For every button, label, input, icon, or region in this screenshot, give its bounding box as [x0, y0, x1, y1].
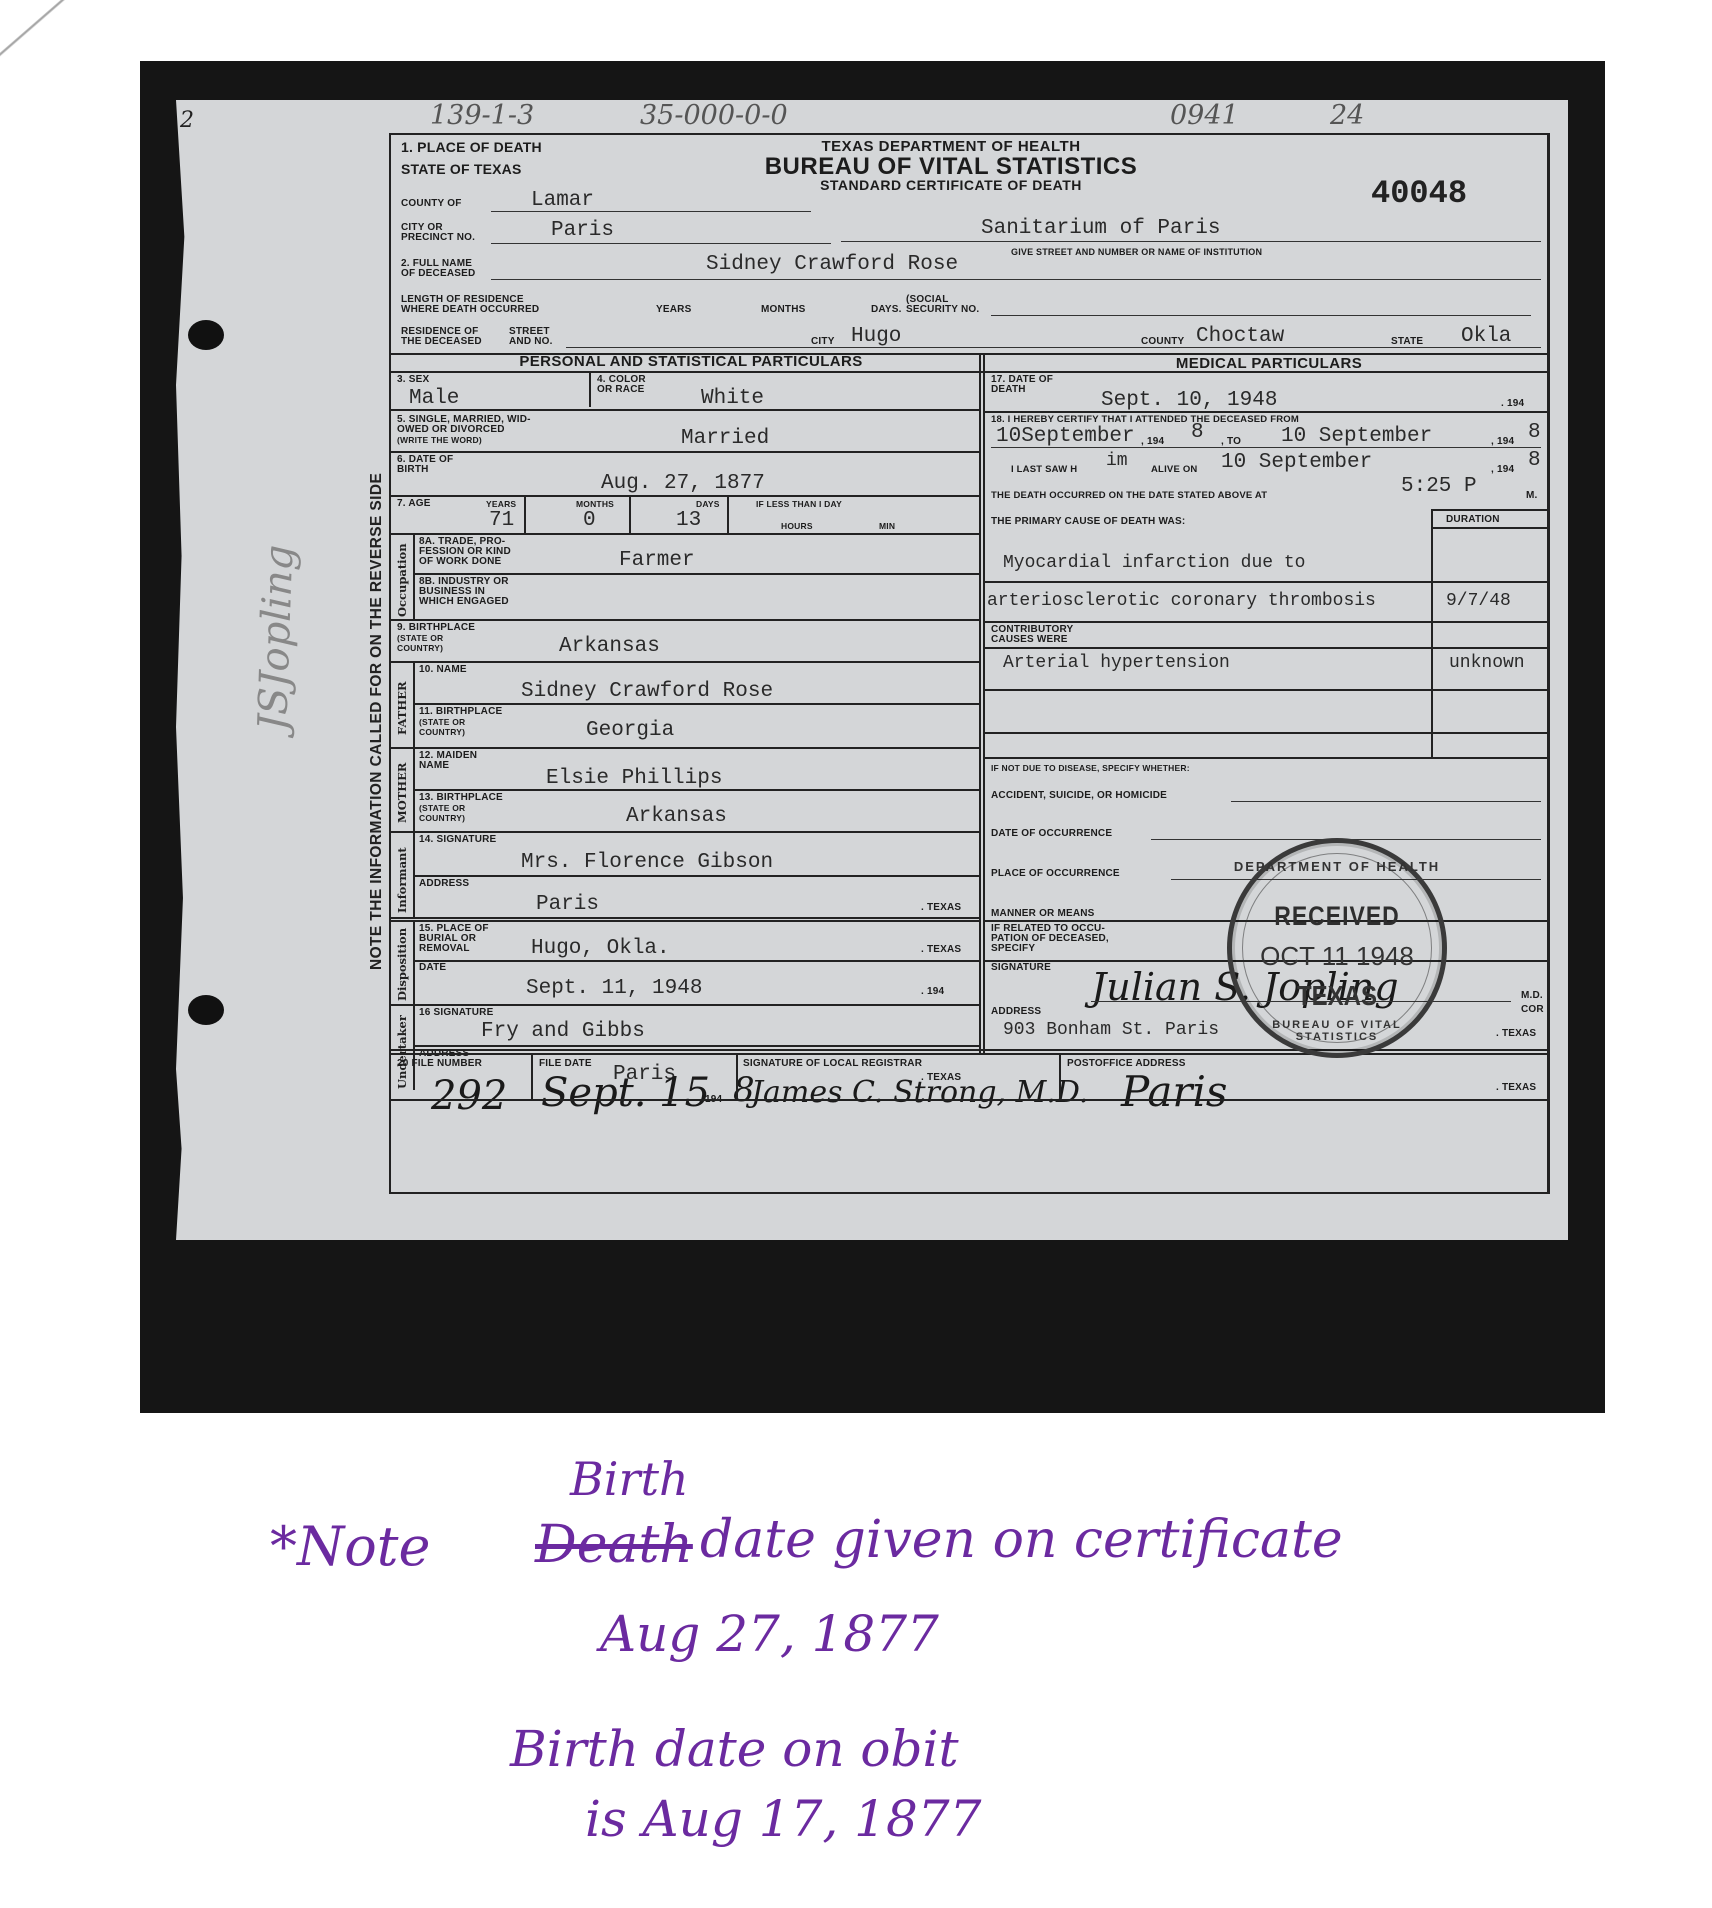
note-inserted-word: Birth — [570, 1452, 689, 1506]
corner-page-number: 2 — [180, 108, 194, 133]
dob-label-2: BIRTH — [397, 465, 429, 475]
informant-signature-label: 14. SIGNATURE — [419, 835, 496, 845]
months-label: MONTHS — [761, 305, 806, 315]
birthplace-label-3: COUNTRY) — [397, 643, 443, 653]
death-time-suffix: M. — [1526, 491, 1538, 501]
handwritten-ref-2: 35-000-0-0 — [640, 100, 788, 131]
not-disease-label: IF NOT DUE TO DISEASE, SPECIFY WHETHER: — [991, 763, 1190, 773]
death-certificate: 1. PLACE OF DEATH STATE OF TEXAS TEXAS D… — [389, 133, 1550, 1194]
file-number: 292 — [431, 1073, 507, 1119]
informant-name: Mrs. Florence Gibson — [521, 851, 773, 874]
file-number-label: 20 FILE NUMBER — [397, 1059, 482, 1069]
cause-1: Myocardial infarction due to — [1003, 553, 1305, 573]
age-months-label: MONTHS — [576, 499, 614, 509]
dob-value: Aug. 27, 1877 — [601, 472, 765, 495]
residence-state-label: STATE — [1391, 337, 1423, 347]
date-of-death: Sept. 10, 1948 — [1101, 389, 1277, 412]
medical-section-title: MEDICAL PARTICULARS — [991, 355, 1547, 372]
duration-label: DURATION — [1446, 515, 1500, 525]
cor-label: COR — [1521, 1005, 1544, 1015]
handwritten-ref-4: 24 — [1330, 100, 1364, 131]
attended-from: 10September — [996, 425, 1135, 448]
texas-suffix: . TEXAS — [921, 945, 961, 955]
stamp-received: RECEIVED — [1232, 901, 1442, 932]
birthplace-value: Arkansas — [559, 635, 660, 658]
handwritten-ref-3: 0941 — [1170, 100, 1239, 131]
age-years-label: YEARS — [486, 499, 516, 509]
last-saw-him: im — [1106, 451, 1128, 471]
sex-label: 3. SEX — [397, 375, 429, 385]
attended-to-year: 8 — [1528, 421, 1541, 444]
father-birthplace-label-2: (STATE OR — [419, 717, 465, 727]
reverse-side-note: NOTE THE INFORMATION CALLED FOR ON THE R… — [368, 473, 386, 970]
ssn-label-2: SECURITY NO. — [906, 305, 979, 315]
institution-value: Sanitarium of Paris — [981, 217, 1220, 240]
attended-to: 10 September — [1281, 425, 1432, 448]
place-of-death-label: 1. PLACE OF DEATH — [401, 141, 542, 154]
father-group-label: FATHER — [395, 681, 409, 735]
physician-signature-label: SIGNATURE — [991, 963, 1051, 973]
institution-hint: GIVE STREET AND NUMBER OR NAME OF INSTIT… — [1011, 247, 1262, 257]
cause-2-duration: 9/7/48 — [1446, 591, 1511, 611]
postoffice-value: Paris — [1121, 1067, 1227, 1116]
father-name: Sidney Crawford Rose — [521, 680, 773, 703]
texas-suffix: . TEXAS — [1496, 1083, 1536, 1093]
occupation-related-label-3: SPECIFY — [991, 944, 1035, 954]
hours-label: HOURS — [781, 521, 813, 531]
residence-county: Choctaw — [1196, 325, 1284, 348]
father-birthplace: Georgia — [586, 719, 674, 742]
last-saw-label: I LAST SAW H — [1011, 465, 1077, 475]
handwritten-ref-1: 139-1-3 — [430, 100, 534, 131]
mother-birthplace-label: 13. BIRTHPLACE — [419, 793, 503, 803]
age-days: 13 — [676, 509, 701, 532]
death-time: 5:25 P — [1401, 475, 1477, 498]
note-line-3: Birth date on obit — [510, 1720, 959, 1778]
county-label: COUNTY OF — [401, 199, 462, 209]
contributory-cause-1: Arterial hypertension — [1003, 653, 1230, 673]
personal-section-title: PERSONAL AND STATISTICAL PARTICULARS — [431, 353, 951, 370]
occupation-group-label: Occupation — [395, 543, 409, 617]
burial-place: Hugo, Okla. — [531, 937, 670, 960]
md-label: M.D. — [1521, 991, 1543, 1001]
precinct-label: PRECINCT NO. — [401, 233, 475, 243]
last-saw-year-label: , 194 — [1491, 465, 1514, 475]
note-line-1: date given on certificate — [700, 1510, 1343, 1570]
accident-label: ACCIDENT, SUICIDE, OR HOMICIDE — [991, 791, 1167, 801]
punch-hole-icon — [188, 995, 224, 1025]
age-months: 0 — [583, 509, 596, 532]
burial-label-3: REMOVAL — [419, 944, 470, 954]
note-struck-word: Death — [535, 1515, 693, 1575]
death-time-label: THE DEATH OCCURRED ON THE DATE STATED AB… — [991, 491, 1267, 501]
mother-birthplace-label-3: COUNTRY) — [419, 813, 465, 823]
stamp-state: TEXAS — [1232, 981, 1442, 1013]
certificate-title: STANDARD CERTIFICATE OF DEATH — [711, 177, 1191, 193]
informant-group-label: Informant — [395, 847, 409, 913]
file-date: Sept. 15 — [541, 1070, 710, 1116]
cause-2: arteriosclerotic coronary thrombosis — [987, 591, 1376, 611]
paper-fold-line — [0, 0, 156, 72]
last-saw-date: 10 September — [1221, 451, 1372, 474]
informant-address-label: ADDRESS — [419, 879, 469, 889]
physician-address: 903 Bonham St. Paris — [1003, 1020, 1219, 1040]
mother-group-label: MOTHER — [395, 763, 409, 824]
stamp-ring-top: DEPARTMENT OF HEALTH — [1232, 859, 1442, 874]
stamp-date: OCT 11 1948 — [1232, 941, 1442, 972]
disposition-group-label: Disposition — [395, 928, 409, 1001]
physician-address-label: ADDRESS — [991, 1007, 1041, 1017]
where-occurred-label: WHERE DEATH OCCURRED — [401, 305, 539, 315]
burial-date: Sept. 11, 1948 — [526, 977, 702, 1000]
margin-signature: JSJopling — [250, 544, 302, 732]
burial-date-label: DATE — [419, 963, 446, 973]
mother-name: Elsie Phillips — [546, 767, 722, 790]
min-label: MIN — [879, 521, 895, 531]
attended-from-year-label: , 194 — [1141, 437, 1164, 447]
state-label: STATE OF TEXAS — [401, 163, 522, 176]
last-saw-year: 8 — [1528, 449, 1541, 472]
residence-city-label: CITY — [811, 337, 835, 347]
undertaker-signature-label: 16 SIGNATURE — [419, 1008, 493, 1018]
registrar-label: SIGNATURE OF LOCAL REGISTRAR — [743, 1059, 922, 1069]
primary-cause-label: THE PRIMARY CAUSE OF DEATH WAS: — [991, 517, 1185, 527]
street-label-2: AND NO. — [509, 337, 553, 347]
to-label: , TO — [1221, 437, 1241, 447]
texas-suffix: . TEXAS — [1496, 1029, 1536, 1039]
less-than-day-label: IF LESS THAN I DAY — [756, 499, 842, 509]
stamp-ring-bottom: BUREAU OF VITAL STATISTICS — [1232, 1019, 1442, 1043]
marital-value: Married — [681, 427, 769, 450]
received-stamp: DEPARTMENT OF HEALTH RECEIVED OCT 11 194… — [1227, 838, 1447, 1058]
industry-label-3: WHICH ENGAGED — [419, 597, 509, 607]
sex-value: Male — [409, 387, 459, 410]
age-days-label: DAYS — [696, 499, 720, 509]
note-line-4: is Aug 17, 1877 — [585, 1790, 981, 1848]
marital-label-3: (WRITE THE WORD) — [397, 435, 482, 445]
of-deceased-label: OF DECEASED — [401, 269, 475, 279]
deceased-name: Sidney Crawford Rose — [706, 253, 958, 276]
father-name-label: 10. NAME — [419, 665, 467, 675]
birthplace-label: 9. BIRTHPLACE — [397, 623, 475, 633]
city-value: Paris — [551, 219, 614, 242]
punch-hole-icon — [188, 320, 224, 350]
dod-label-2: DEATH — [991, 385, 1026, 395]
place-occurrence-label: PLACE OF OCCURRENCE — [991, 869, 1120, 879]
date-occurrence-label: DATE OF OCCURRENCE — [991, 829, 1112, 839]
trade-value: Farmer — [619, 549, 695, 572]
texas-suffix: . TEXAS — [921, 903, 961, 913]
attended-to-year-label: , 194 — [1491, 437, 1514, 447]
bureau-title: BUREAU OF VITAL STATISTICS — [691, 155, 1211, 179]
race-label-2: OR RACE — [597, 385, 645, 395]
age-label: 7. AGE — [397, 499, 431, 509]
contributory-cause-1-duration: unknown — [1449, 653, 1525, 673]
attended-from-year: 8 — [1191, 421, 1204, 444]
residence-state: Okla — [1461, 325, 1511, 348]
mother-name-label-2: NAME — [419, 761, 449, 771]
contributory-label-2: CAUSES WERE — [991, 635, 1068, 645]
birthplace-label-2: (STATE OR — [397, 633, 443, 643]
alive-on-label: ALIVE ON — [1151, 465, 1197, 475]
certificate-number: 40048 — [1371, 175, 1467, 212]
father-birthplace-label-3: COUNTRY) — [419, 727, 465, 737]
undertaker-name: Fry and Gibbs — [481, 1020, 645, 1043]
age-years: 71 — [489, 509, 514, 532]
residence-city: Hugo — [851, 325, 901, 348]
year-suffix: . 194 — [921, 987, 944, 997]
days-label: DAYS. — [871, 305, 902, 315]
residence-label-2: THE DECEASED — [401, 337, 482, 347]
manner-label: MANNER OR MEANS — [991, 909, 1095, 919]
file-date-label: FILE DATE — [539, 1059, 592, 1069]
father-birthplace-label: 11. BIRTHPLACE — [419, 707, 502, 717]
years-label: YEARS — [656, 305, 691, 315]
race-value: White — [701, 387, 764, 410]
dod-year-suffix: . 194 — [1501, 399, 1524, 409]
mother-birthplace-label-2: (STATE OR — [419, 803, 465, 813]
note-line-2: Aug 27, 1877 — [600, 1605, 939, 1663]
marital-label-2: OWED OR DIVORCED — [397, 425, 505, 435]
certify-label: 18. I HEREBY CERTIFY THAT I ATTENDED THE… — [991, 415, 1299, 425]
note-prefix: *Note — [270, 1515, 430, 1578]
county-value: Lamar — [531, 189, 594, 212]
registrar-signature: James C. Strong, M.D. — [751, 1075, 1088, 1110]
trade-label-3: OF WORK DONE — [419, 557, 501, 567]
informant-address: Paris — [536, 893, 599, 916]
residence-county-label: COUNTY — [1141, 337, 1184, 347]
mother-birthplace: Arkansas — [626, 805, 727, 828]
